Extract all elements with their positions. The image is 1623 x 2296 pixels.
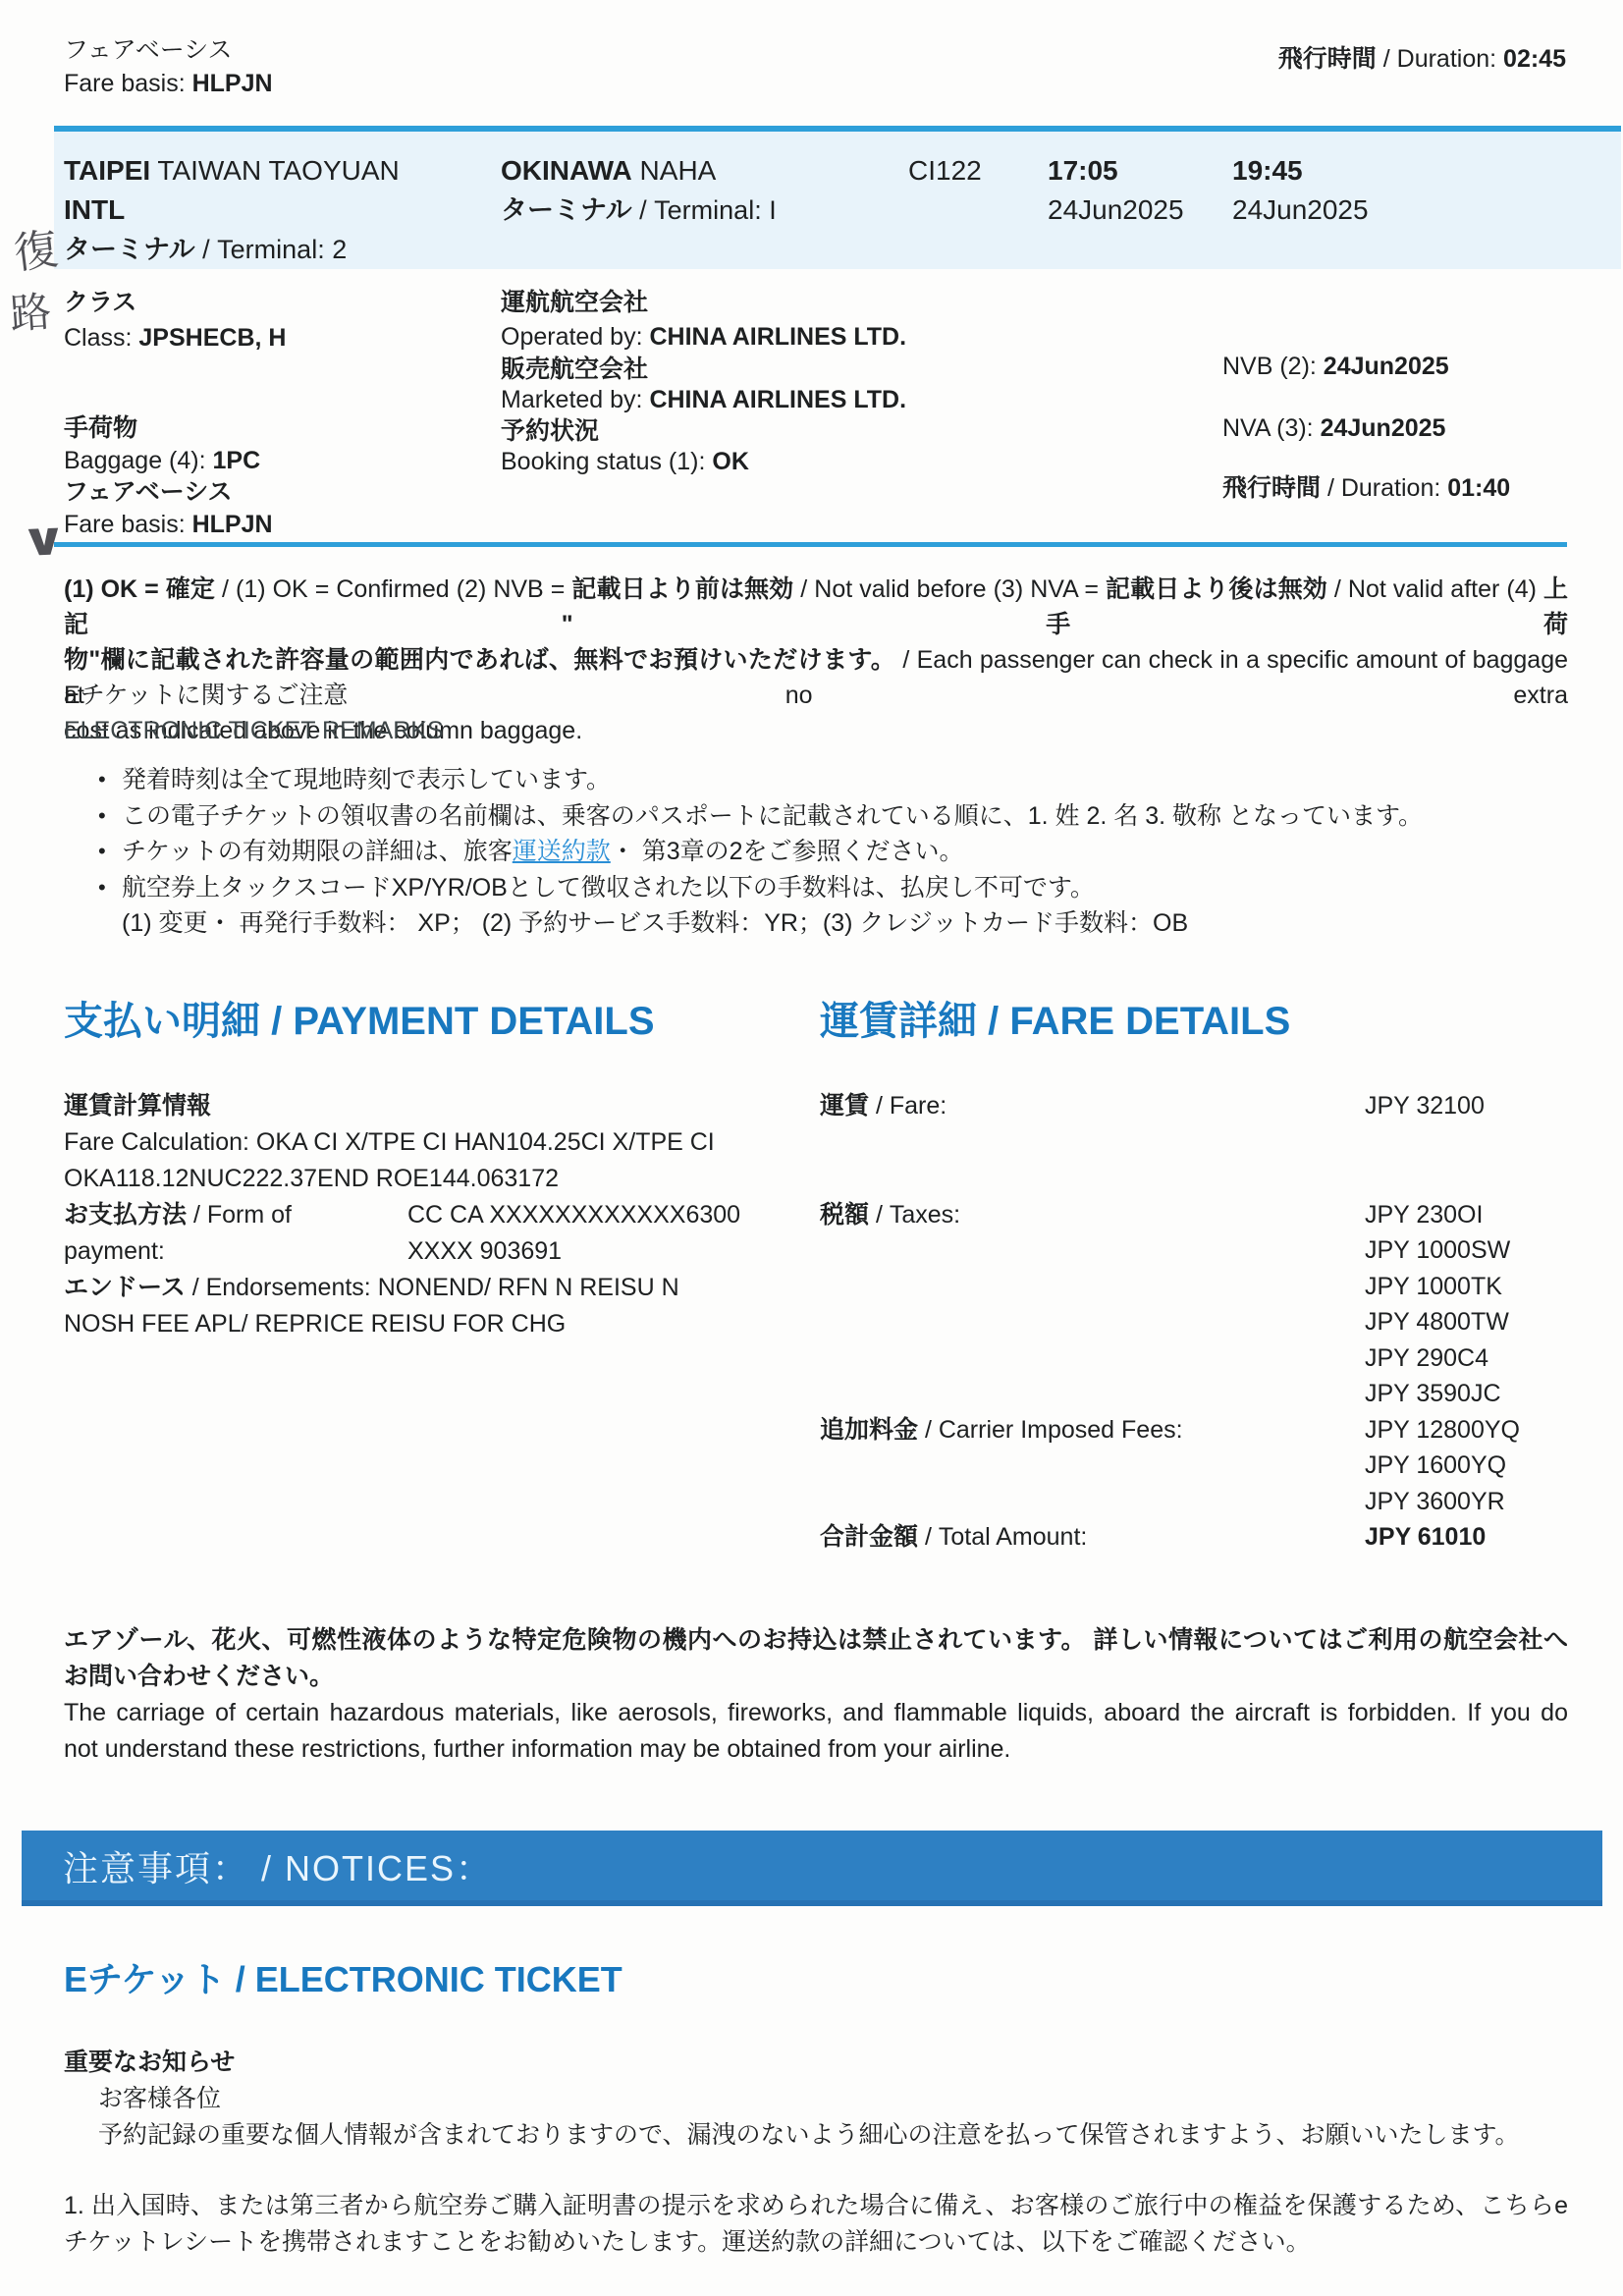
origin-city-line1: TAIPEI TAIWAN TAOYUAN <box>64 151 486 191</box>
hazmat-jp-line2: お問い合わせください。 <box>64 1659 1568 1695</box>
taxes-row: 税額 / Taxes: JPY 230OI JPY 1000SW JPY 100… <box>820 1197 1568 1412</box>
fare-details-header: 運賃詳細 / FARE DETAILS <box>820 990 1290 1046</box>
arrival-date: 24Jun2025 <box>1232 191 1369 230</box>
fare-calc-label: 運賃計算情報 <box>64 1088 795 1124</box>
marketed-value: Marketed by: CHINA AIRLINES LTD. <box>501 384 906 415</box>
fare-calc-line2: OKA118.12NUC222.37END ROE144.063172 <box>64 1161 795 1197</box>
tax-value: JPY 290C4 <box>1365 1340 1568 1377</box>
remarks-bullet-4-text: 航空券上タックスコードXP/YR/OBとして徴収された以下の手数料は、払戻し不可… <box>122 870 1095 906</box>
operated-label: 運航航空会社 <box>501 287 648 318</box>
fee-value: JPY 1600YQ <box>1365 1448 1568 1484</box>
remarks-bullet-2: • この電子チケットの領収書の名前欄は、乗客のパスポートに記載されている順に、1… <box>98 798 1571 835</box>
fare-row: 運賃 / Fare: JPY 32100 <box>820 1088 1568 1124</box>
departure-date: 24Jun2025 <box>1048 191 1184 230</box>
divider-rule <box>54 542 1567 547</box>
form-of-payment-row1: お支払方法 / Form of CC CA XXXXXXXXXXXX6300 <box>64 1197 795 1233</box>
flight-segment-band: TAIPEI TAIWAN TAOYUAN INTL ターミナル / Termi… <box>54 126 1621 269</box>
total-amount-value: JPY 61010 <box>1365 1519 1568 1556</box>
form-of-payment-row2: payment: XXXX 903691 <box>64 1233 795 1270</box>
electronic-ticket-header: Eチケット / ELECTRONIC TICKET <box>64 1952 622 2002</box>
fare-basis-top: フェアベーシス Fare basis: HLPJN <box>64 33 273 100</box>
notices-banner: 注意事項： / NOTICES： <box>22 1831 1602 1906</box>
endorsements-line2: NOSH FEE APL/ REPRICE REISU FOR CHG <box>64 1306 795 1342</box>
carrier-fees-values: JPY 12800YQ JPY 1600YQ JPY 3600YR <box>1365 1412 1568 1520</box>
fare-value: JPY 32100 <box>1365 1088 1568 1124</box>
fare-details-body: 運賃 / Fare: JPY 32100 税額 / Taxes: JPY 230… <box>820 1088 1568 1556</box>
taxes-label: 税額 / Taxes: <box>820 1197 960 1233</box>
segment1-duration: 飛行時間 / Duration: 02:45 <box>1278 39 1566 75</box>
bullet-icon: • <box>98 762 122 798</box>
payment-details-body: 運賃計算情報 Fare Calculation: OKA CI X/TPE CI… <box>64 1088 795 1342</box>
destination-airport: OKINAWA NAHA ターミナル / Terminal: I <box>501 151 893 230</box>
destination-terminal: ターミナル / Terminal: I <box>501 191 893 230</box>
remarks-heading: Eチケットに関するご注意 ELECTRONIC TICKET REMARKS <box>64 678 444 748</box>
form-of-payment-value2: XXXX 903691 <box>407 1233 562 1270</box>
destination-city: OKINAWA NAHA <box>501 151 893 191</box>
carrier-fees-label: 追加料金 / Carrier Imposed Fees: <box>820 1412 1183 1449</box>
marketed-label: 販売航空会社 <box>501 354 648 385</box>
origin-airport: TAIPEI TAIWAN TAOYUAN INTL ターミナル / Termi… <box>64 151 486 269</box>
baggage-value: Baggage (4): 1PC <box>64 445 260 476</box>
flight-number: CI122 <box>908 151 982 191</box>
hazmat-paragraph: エアゾール、花火、可燃性液体のような特定危険物の機内へのお持込は禁止されています… <box>64 1622 1568 1768</box>
important-notice-title: 重要なお知らせ <box>64 2045 1568 2081</box>
remarks-heading-jp: Eチケットに関するご注意 <box>64 678 444 713</box>
remarks-heading-en: ELECTRONIC TICKET REMARKS <box>64 713 444 748</box>
remarks-bullet-2-text: この電子チケットの領収書の名前欄は、乗客のパスポートに記載されている順に、1. … <box>122 798 1423 835</box>
total-amount-row: 合計金額 / Total Amount: JPY 61010 <box>820 1519 1568 1556</box>
tax-value: JPY 230OI <box>1365 1197 1568 1233</box>
form-of-payment-label1: お支払方法 / Form of <box>64 1197 407 1233</box>
important-notice: 重要なお知らせ お客様各位 予約記録の重要な個人情報が含まれておりますので、漏洩… <box>64 2045 1568 2154</box>
departure-datetime: 17:05 24Jun2025 <box>1048 151 1184 230</box>
notice-paragraph-1-line2: チケットレシートを携帯されますことをお勧めいたします。運送約款の詳細については、… <box>64 2224 1568 2261</box>
remarks-bullet-4-sub: (1) 変更・ 再発行手数料： XP； (2) 予約サービス手数料：YR；(3)… <box>98 905 1571 942</box>
carrier-fees-row: 追加料金 / Carrier Imposed Fees: JPY 12800YQ… <box>820 1412 1568 1520</box>
remarks-bullet-list: • 発着時刻は全て現地時刻で表示しています。 • この電子チケットの領収書の名前… <box>98 762 1571 942</box>
taxes-values: JPY 230OI JPY 1000SW JPY 1000TK JPY 4800… <box>1365 1197 1568 1412</box>
remarks-bullet-4: • 航空券上タックスコードXP/YR/OBとして徴収された以下の手数料は、払戻し… <box>98 870 1571 906</box>
tax-value: JPY 4800TW <box>1365 1304 1568 1340</box>
arrival-time: 19:45 <box>1232 151 1369 191</box>
farebasis-value: Fare basis: HLPJN <box>64 509 273 540</box>
payment-details-header: 支払い明細 / PAYMENT DETAILS <box>64 990 655 1046</box>
booking-status-label: 予約状況 <box>501 415 599 447</box>
origin-city-line2: INTL <box>64 191 486 230</box>
form-of-payment-label2: payment: <box>64 1233 407 1270</box>
fee-value: JPY 12800YQ <box>1365 1412 1568 1449</box>
notice-paragraph-1: 1. 出入国時、または第三者から航空券ご購入証明書の提示を求められた場合に備え、… <box>64 2188 1568 2261</box>
bullet-icon: • <box>98 798 122 835</box>
handwritten-kanji-return-2: 路 <box>8 280 53 342</box>
arrival-datetime: 19:45 24Jun2025 <box>1232 151 1369 230</box>
handwritten-checkmark: ∨ <box>19 512 70 567</box>
departure-time: 17:05 <box>1048 151 1184 191</box>
class-value: Class: JPSHECB, H <box>64 322 286 354</box>
booking-status-value: Booking status (1): OK <box>501 446 749 477</box>
remarks-bullet-3: • チケットの有効期限の詳細は、旅客運送約款・ 第3章の2をご参照ください。 <box>98 834 1571 870</box>
eticket-document: フェアベーシス Fare basis: HLPJN 飛行時間 / Duratio… <box>0 0 1623 2296</box>
form-of-payment-value1: CC CA XXXXXXXXXXXX6300 <box>407 1197 740 1233</box>
hazmat-en-line1: The carriage of certain hazardous materi… <box>64 1695 1568 1731</box>
endorsements-line1: エンドース / Endorsements: NONEND/ RFN N REIS… <box>64 1270 795 1306</box>
origin-terminal: ターミナル / Terminal: 2 <box>64 230 486 269</box>
bullet-icon: • <box>98 870 122 906</box>
tax-value: JPY 1000TK <box>1365 1269 1568 1305</box>
important-notice-line2: 予約記録の重要な個人情報が含まれておりますので、漏洩のないよう細心の注意を払って… <box>64 2117 1568 2154</box>
remarks-bullet-1-text: 発着時刻は全て現地時刻で表示しています。 <box>122 762 611 798</box>
tax-value: JPY 3590JC <box>1365 1376 1568 1412</box>
segment2-duration: 飛行時間 / Duration: 01:40 <box>1222 472 1510 504</box>
fare-label: 運賃 / Fare: <box>820 1088 947 1124</box>
farebasis-label: フェアベーシス <box>64 476 233 508</box>
operated-value: Operated by: CHINA AIRLINES LTD. <box>501 321 906 353</box>
fare-basis-top-label: フェアベーシス <box>64 33 273 67</box>
fare-calc-line1: Fare Calculation: OKA CI X/TPE CI HAN104… <box>64 1124 795 1161</box>
total-amount-label: 合計金額 / Total Amount: <box>820 1519 1087 1556</box>
fee-value: JPY 3600YR <box>1365 1484 1568 1520</box>
nvb-value: NVB (2): 24Jun2025 <box>1222 351 1449 382</box>
remarks-bullet-1: • 発着時刻は全て現地時刻で表示しています。 <box>98 762 1571 798</box>
bullet-icon: • <box>98 834 122 870</box>
important-notice-line1: お客様各位 <box>64 2081 1568 2117</box>
baggage-label: 手荷物 <box>64 412 137 444</box>
segment-info-grid: クラス Class: JPSHECB, H 手荷物 Baggage (4): 1… <box>64 287 1568 542</box>
payment-fare-section: 支払い明細 / PAYMENT DETAILS 運賃詳細 / FARE DETA… <box>64 990 1568 1579</box>
hazmat-jp-line1: エアゾール、花火、可燃性液体のような特定危険物の機内へのお持込は禁止されています… <box>64 1622 1568 1659</box>
nva-value: NVA (3): 24Jun2025 <box>1222 412 1445 444</box>
tax-value: JPY 1000SW <box>1365 1232 1568 1269</box>
legend-line1: (1) OK = 確定 / (1) OK = Confirmed (2) NVB… <box>64 572 1568 642</box>
notice-paragraph-1-line1: 1. 出入国時、または第三者から航空券ご購入証明書の提示を求められた場合に備え、… <box>64 2188 1568 2224</box>
handwritten-kanji-return-1: 復 <box>10 214 60 282</box>
remarks-bullet-3-text[interactable]: チケットの有効期限の詳細は、旅客運送約款・ 第3章の2をご参照ください。 <box>122 834 964 870</box>
class-label: クラス <box>64 287 136 318</box>
fare-basis-top-value: Fare basis: HLPJN <box>64 67 273 100</box>
hazmat-en-line2: not understand these restrictions, furth… <box>64 1731 1568 1768</box>
